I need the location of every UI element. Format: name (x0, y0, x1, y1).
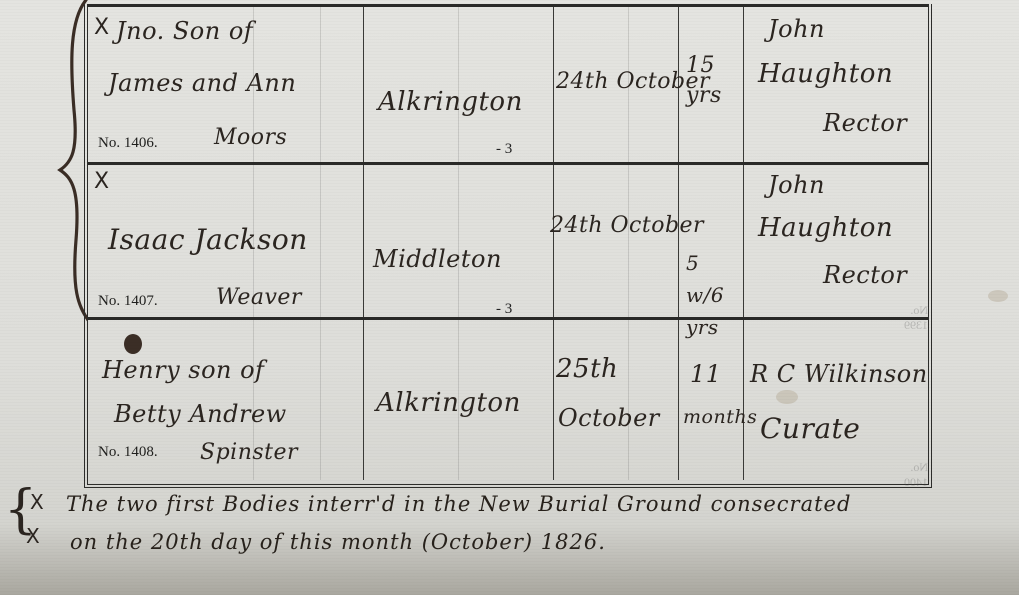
entry-officiant-line-2: Haughton (758, 213, 893, 243)
entry-number: No. 1406. (98, 135, 158, 152)
entry-name-line-3: Spinster (200, 440, 298, 465)
entry-officiant-line-2: Haughton (758, 59, 893, 89)
register-entry-1408: Henry son of Betty Andrew Spinster No. 1… (88, 317, 928, 480)
entry-officiant-line-1: John (768, 171, 825, 199)
entry-tally: - 3 (496, 301, 512, 318)
entry-name-line-2: Weaver (216, 285, 302, 310)
entry-abode: Middleton (373, 245, 502, 273)
entry-name-line-3: Moors (214, 125, 287, 150)
entry-abode: Alkrington (378, 87, 523, 117)
footnote: { X X The two first Bodies interr'd in t… (0, 480, 1019, 595)
burial-register-table: X Jno. Son of James and Ann Moors No. 14… (84, 4, 932, 488)
footnote-marker: X (26, 524, 40, 548)
entry-number: No. 1408. (98, 444, 158, 461)
stain (776, 390, 798, 404)
footnote-marker: X (30, 490, 44, 514)
entry-age: 15 yrs (686, 51, 738, 111)
entry-age-value: 11 (690, 360, 722, 388)
entry-burial-date-month: October (558, 404, 660, 432)
margin-brace (28, 0, 88, 322)
entry-abode: Alkrington (376, 388, 521, 418)
entry-name-line-1: Jno. Son of (116, 17, 253, 45)
entry-officiant-line-1: R C Wilkinson (750, 360, 928, 388)
entry-age-unit: months (683, 406, 757, 428)
entry-officiant-line-2: Curate (760, 412, 860, 445)
stain (988, 290, 1008, 302)
entry-officiant-line-3: Rector (823, 109, 907, 137)
register-page: X Jno. Son of James and Ann Moors No. 14… (0, 0, 1019, 595)
entry-tally: - 3 (496, 141, 512, 158)
entry-name-line-1: Henry son of (102, 356, 264, 384)
entry-name-line-1: Isaac Jackson (108, 223, 308, 256)
register-entry-1406: X Jno. Son of James and Ann Moors No. 14… (88, 4, 928, 162)
entry-burial-date-day: 25th (556, 354, 618, 384)
entry-burial-date: 24th October (550, 213, 704, 238)
ink-blot (124, 334, 142, 354)
footnote-marker: X (94, 169, 109, 194)
register-entry-1407: X Isaac Jackson Weaver No. 1407. Middlet… (88, 162, 928, 317)
entry-number: No. 1407. (98, 293, 158, 310)
entry-officiant-line-1: John (768, 15, 825, 43)
footnote-line-1: The two first Bodies interr'd in the New… (66, 492, 851, 516)
entry-name-line-2: James and Ann (108, 69, 296, 97)
footnote-marker: X (94, 15, 109, 40)
footnote-line-2: on the 20th day of this month (October) … (70, 530, 606, 554)
entry-officiant-line-3: Rector (823, 261, 907, 289)
entry-name-line-2: Betty Andrew (114, 400, 287, 428)
